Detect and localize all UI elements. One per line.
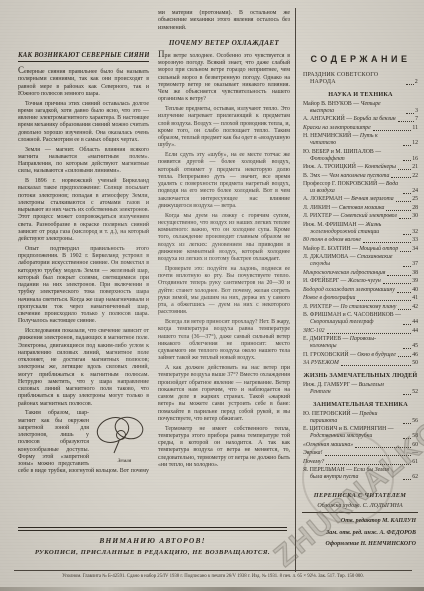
toc-entry-text: Я. ПЕРЕЛЬМАН — Если бы Земля была внутри…: [303, 467, 401, 481]
toc-section-heading: ЖИЗНЬ ЗАМЕЧАТЕЛЬНЫХ ЛЮДЕЙ: [303, 372, 418, 379]
toc-dot-leader: [355, 447, 411, 448]
earth-magnetic-field-icon: [94, 411, 148, 457]
toc-entry: Е. ДМИТРИЕВ — Паровозы-коломенцы45: [303, 336, 418, 350]
toc-entry-page: 42: [412, 304, 418, 311]
toc-entry-text: Майор Е. БОЛТИН — Мощный отпор: [303, 246, 398, 253]
toc-entry: ЗИС-10244: [303, 328, 418, 335]
toc-dot-leader: [383, 283, 411, 284]
toc-entry: Н. НЕМЧИНСКИЙ — Путь к читателю12: [303, 133, 418, 147]
toc-entry: Микроскопическая гидростанция38: [303, 270, 418, 277]
toc-entry-author: Ю. ВЕБЕР и М. ШИПАЛОВ: [303, 149, 374, 155]
toc-entry: П. ГРОХОВСКИЙ — Окно в будущее46: [303, 352, 418, 359]
left-article-column: КАК ВОЗНИКАЮТ СЕВЕРНЫЕ СИЯНИЯ Северные с…: [18, 52, 149, 476]
toc-entry-text: Л. ДЖАЛИМОВА — Стахановские секунды: [303, 254, 401, 268]
toc-entry-author: Н. НЕМЧИНСКИЙ: [303, 133, 351, 139]
scan-bottom-edge: [0, 587, 424, 591]
toc-entry-text: Л. РИХТЕР — Советский электровоз: [303, 213, 397, 220]
toc-dot-leader: [406, 84, 414, 85]
toc-entry-text: 80 тонн в одном вагоне: [303, 237, 361, 244]
toc-entry: В. ФРИШМАН и С. ЧАСОВНИКОВ — Скоропишущи…: [303, 312, 418, 326]
paragraph: Проверьте это: подуйте на ладонь, поднес…: [158, 266, 290, 317]
toc-entry-page: 21: [412, 164, 418, 171]
middle-article-column: ми материи (протонами). В остальном же о…: [158, 10, 290, 480]
toc-entry-title: Краски на электропалитре: [303, 125, 371, 131]
toc-entry-text: Е. ЦИТОВИЧ и В. СМИРНЯГИН — Родственники…: [303, 426, 401, 440]
toc-entry-author: Я. ПЕРЕЛЬМАН: [303, 467, 345, 473]
toc-entry: Л. РИХТЕР — Советский электровоз30: [303, 213, 418, 220]
toc-entry-title: Чем наполнена пустота: [329, 173, 389, 179]
toc-entry-author: В. Эмх: [303, 173, 320, 179]
toc-entry-text: Майор В. ВНУКОВ — Четыре выстрела: [303, 101, 404, 115]
toc-entry-page: 40: [412, 287, 418, 294]
toc-dot-leader: [363, 242, 411, 243]
toc-entry: Инж. Д. ГАМБУРГ — Вильгельм Рентген52: [303, 382, 418, 396]
toc-entry-text: Ю. ПЕТРОВСКИЙ — Предки парашюта: [303, 411, 401, 425]
toc-entry-author: Л. ДЖАЛИМОВА: [303, 254, 348, 260]
toc-entry-page: 7: [415, 116, 418, 123]
toc-entry: Краски на электропалитре11: [303, 125, 418, 132]
authors-notice: ВНИМАНИЮ АВТОРОВ! РУКОПИСИ, ПРИСЛАННЫЕ В…: [18, 527, 287, 556]
toc-entry-text: Водород охлаждает электромашину: [303, 287, 395, 294]
toc-dot-leader: [403, 348, 411, 349]
toc-entry: Эврика!—: [303, 450, 418, 457]
toc-entry-title: Мощный отпор: [359, 246, 398, 252]
toc-entry-page: 16: [412, 156, 418, 163]
toc-dot-leader: [327, 333, 412, 334]
toc-dot-leader: [387, 275, 411, 276]
toc-entry-author: А. АНГАРСКИЙ: [303, 116, 345, 122]
toc-entry: ЗА РУБЕЖОМ50: [303, 360, 418, 367]
toc-entry-text: Е. ДМИТРИЕВ — Паровозы-коломенцы: [303, 336, 401, 350]
toc-entry-title: «Огненная машина»: [303, 442, 353, 448]
toc-dot-leader: [406, 113, 414, 114]
toc-entry: А. АНГАРСКИЙ — Борьба за бензин7: [303, 116, 418, 123]
correspondence-heading: ПЕРЕПИСКА С ЧИТАТЕЛЕМ: [302, 492, 418, 499]
toc-entry-page: 22: [412, 173, 418, 180]
left-article-title: КАК ВОЗНИКАЮТ СЕВЕРНЫЕ СИЯНИЯ: [18, 52, 149, 62]
toc-entry-page: 60: [412, 442, 418, 449]
toc-entry-title: Фотоэффект: [310, 156, 345, 162]
toc-entry: Инж. М. ФРИШМАН — Жизнь железнодорожной …: [303, 222, 418, 236]
paragraph: Если сдуть эту «шубу», на ее месте тотча…: [158, 152, 290, 210]
toc-dot-leader: [341, 365, 411, 366]
toc-entry-text: ЗИС-102: [303, 328, 325, 335]
toc-entry-page: 2: [415, 79, 418, 86]
toc-dot-leader: [403, 145, 411, 146]
toc-entry-page: 25: [412, 196, 418, 203]
column-divider-rule: [295, 8, 296, 572]
toc-entry-title: Новое в фотографии: [303, 295, 355, 301]
toc-dot-leader: [398, 356, 411, 357]
toc-entry-text: «Огненная машина»: [303, 442, 353, 449]
toc-dot-leader: [373, 130, 412, 131]
toc-entry-text: Н. НЕМЧИНСКИЙ — Путь к читателю: [303, 133, 401, 147]
toc-entry-page: 56: [412, 418, 418, 425]
paragraph: Земля Таким образом, шар-магнит как бы о…: [18, 410, 149, 476]
toc-entry: Л. ДЖАЛИМОВА — Стахановские секунды37: [303, 254, 418, 268]
toc-entry: Е. ЦИТОВИЧ и В. СМИРНЯГИН — Родственники…: [303, 426, 418, 440]
carryover-paragraph: ми материи (протонами). В остальном же о…: [158, 10, 290, 32]
toc-dot-leader: [403, 479, 411, 480]
toc-entry-page: 44: [412, 328, 418, 335]
toc-dot-leader: [398, 309, 411, 310]
toc-entry-list: ПРАЗДНИК СОВЕТСКОГО НАРОДА2НАУКА И ТЕХНИ…: [303, 72, 418, 481]
toc-entry-title: Световая мозаика: [339, 205, 385, 211]
toc-entry-title: Скоропишущий телеграф: [310, 319, 373, 325]
toc-dot-leader: [357, 300, 411, 301]
toc-entry-text: П. ГРОХОВСКИЙ — Окно в будущее: [303, 352, 396, 359]
toc-entry-page: 58: [412, 433, 418, 440]
authors-notice-heading: ВНИМАНИЮ АВТОРОВ!: [18, 536, 287, 545]
middle-article-title: ПОЧЕМУ ВЕТЕР ОХЛАЖДАЕТ: [158, 39, 290, 47]
toc-entry-page: 11: [412, 125, 418, 132]
imprint-block: Уполном. Главлита № Б-42591. Сдано в наб…: [14, 570, 412, 579]
toc-dot-leader: [403, 234, 411, 235]
toc-entry-page: 50: [412, 360, 418, 367]
toc-entry-author: Л. РИХТЕР: [303, 213, 332, 219]
toc-entry-page: 62: [412, 474, 418, 481]
toc-entry: Профессор Г. ПОКРОВСКИЙ — Вода из воздух…: [303, 181, 418, 195]
toc-entry: А. ЛОКЕРМАН — Вечная мерзлота25: [303, 196, 418, 203]
toc-entry: Ю. ВЕБЕР и М. ШИПАЛОВ — Фотоэффект16: [303, 149, 418, 163]
paragraph: При ветре холоднее. Особенно это чувству…: [158, 51, 290, 104]
toc-dot-leader: [403, 423, 411, 424]
earth-magnet-figure: Земля: [93, 411, 149, 465]
toc-dot-leader: [403, 438, 411, 439]
paragraph: А как должен действовать на нас ветер пр…: [158, 365, 290, 423]
toc-entry-title: Микроскопическая гидростанция: [303, 270, 385, 276]
toc-bottom-block: ПЕРЕПИСКА С ЧИТАТЕЛЕМ Обложка худож. С. …: [302, 492, 418, 553]
toc-entry-page: 3: [415, 108, 418, 115]
toc-entry: ПРАЗДНИК СОВЕТСКОГО НАРОДА2: [303, 72, 418, 86]
toc-entry-text: Инж. А. ТРОИЦКИЙ — Контейнеры: [303, 164, 396, 171]
toc-entry-text: Л. РИХТЕР — По сталинскому плану: [303, 304, 396, 311]
toc-entry-title: Борьба за бензин: [353, 116, 395, 122]
toc-entry-page: —: [412, 450, 418, 457]
paragraph: Северные сияния правильнее было бы назыв…: [18, 67, 149, 98]
toc-dot-leader: [391, 177, 411, 178]
toc-dot-leader: [403, 193, 411, 194]
toc-dot-leader: [325, 455, 412, 456]
toc-entry-page: 44: [412, 319, 418, 326]
toc-entry: 80 тонн в одном вагоне33: [303, 237, 418, 244]
toc-entry-text: А. АНГАРСКИЙ — Борьба за бензин: [303, 116, 396, 123]
toc-entry-author: Инж. А. ТРОИЦКИЙ: [303, 164, 356, 170]
paragraph: Когда мы дуем на ложку с горячим супом, …: [158, 213, 290, 264]
paragraph: Земля — магнит. Область влияния всякого …: [18, 147, 149, 176]
toc-entry-page: 52: [412, 389, 418, 396]
toc-entry-page: 46: [412, 352, 418, 359]
toc-entry-author: Ю. ПЕТРОВСКИЙ: [303, 411, 351, 417]
toc-entry-author: В. ФРИШМАН и С. ЧАСОВНИКОВ: [303, 312, 394, 318]
toc-entry-author: И. ФРЕЙБЕРГ: [303, 278, 339, 284]
toc-entry-page: 45: [412, 343, 418, 350]
toc-entry-text: Микроскопическая гидростанция: [303, 270, 385, 277]
toc-entry: Водород охлаждает электромашину40: [303, 287, 418, 294]
toc-entry: Майор В. ВНУКОВ — Четыре выстрела3: [303, 101, 418, 115]
toc-entry-text: И. ФРЕЙБЕРГ — Железо-чугун: [303, 278, 381, 285]
paragraph: Точная причина этих сияний оставалась до…: [18, 101, 149, 145]
toc-entry-page: 37: [412, 261, 418, 268]
toc-entry-text: А. ЛОКЕРМАН — Вечная мерзлота: [303, 196, 394, 203]
toc-entry-author: Инж. Д. ГАМБУРГ: [303, 382, 350, 388]
toc-entry-title: Родственники мясорубки: [310, 433, 372, 439]
toc-entry-text: ПРАЗДНИК СОВЕТСКОГО НАРОДА: [303, 72, 404, 86]
toc-entry-page: 32: [412, 229, 418, 236]
paragraph: Всегда ли ветер приносит прохладу? Нет. …: [158, 319, 290, 363]
toc-entry-title: Эврика!: [303, 450, 323, 456]
toc-entry-author: Л. РИХТЕР: [303, 304, 332, 310]
toc-entry: Ю. ПЕТРОВСКИЙ — Предки парашюта56: [303, 411, 418, 425]
toc-entry-text: ЗА РУБЕЖОМ: [303, 360, 339, 367]
toc-entry-title: ПРАЗДНИК СОВЕТСКОГО НАРОДА: [303, 72, 378, 85]
toc-entry-text: Краски на электропалитре: [303, 125, 371, 132]
deputy-editor-credit: Зам. отв. ред. инж. А. ФЕДОРОВ: [302, 530, 418, 536]
toc-entry-text: Ю. ВЕБЕР и М. ШИПАЛОВ — Фотоэффект: [303, 149, 401, 163]
toc-entry-title: Водород охлаждает электромашину: [303, 287, 395, 293]
paragraph: Опыт подтвердил правильность этого предп…: [18, 246, 149, 326]
toc-entry-text: В. Эмх — Чем наполнена пустота: [303, 173, 389, 180]
toc-entry-author: Л. ЛИКИН: [303, 205, 330, 211]
toc-entry-page: 24: [412, 188, 418, 195]
toc-dot-leader: [397, 292, 411, 293]
toc-entry-text: Инж. М. ФРИШМАН — Жизнь железнодорожной …: [303, 222, 401, 236]
toc-entry-author: П. ГРОХОВСКИЙ: [303, 352, 349, 358]
toc-entry-title: 80 тонн в одном вагоне: [303, 237, 361, 243]
toc-entry-text: Эврика!: [303, 450, 323, 457]
toc-dot-leader: [396, 201, 412, 202]
toc-entry-text: В. ФРИШМАН и С. ЧАСОВНИКОВ — Скоропишущи…: [303, 312, 401, 326]
toc-dot-leader: [386, 210, 411, 211]
paragraph: Термометр не имеет собственного тепла, т…: [158, 426, 290, 470]
paragraph: В 1896 г. норвежский ученый Биркеланд вы…: [18, 178, 149, 243]
toc-title: СОДЕРЖАНИЕ: [303, 54, 418, 64]
toc-entry-author: Е. ДМИТРИЕВ: [303, 336, 341, 342]
figure-caption: Земля: [93, 458, 149, 465]
paragraph: Исследования показали, что свечение зави…: [18, 328, 149, 408]
toc-entry: В. Эмх — Чем наполнена пустота22: [303, 173, 418, 180]
toc-dot-leader: [398, 121, 414, 122]
toc-section-heading: ЗАНИМАТЕЛЬНАЯ ТЕХНИКА: [303, 401, 418, 408]
toc-entry-page: 38: [412, 270, 418, 277]
paragraph: Теплые предметы, остывая, излучают тепло…: [158, 106, 290, 150]
toc-entry: «Огненная машина»60: [303, 442, 418, 449]
toc-entry-author: Майор В. ВНУКОВ: [303, 101, 352, 107]
toc-entry: И. ФРЕЙБЕРГ — Железо-чугун39: [303, 278, 418, 285]
toc-entry-title: ЗИС-102: [303, 328, 325, 334]
toc-entry-author: Профессор Г. ПОКРОВСКИЙ: [303, 181, 377, 187]
left-article-body: Северные сияния правильнее было бы назыв…: [18, 67, 149, 476]
toc-dot-leader: [403, 266, 411, 267]
imprint-line: Уполном. Главлита № Б-42591. Сдано в наб…: [14, 574, 412, 579]
toc-dot-leader: [400, 251, 411, 252]
toc-entry: Майор Е. БОЛТИН — Мощный отпор34: [303, 246, 418, 253]
toc-dot-leader: [403, 160, 411, 161]
toc-entry-author: Е. ЦИТОВИЧ и В. СМИРНЯГИН: [303, 426, 386, 432]
cover-credit: Обложка худож. С. ЛОДЫГИНА: [302, 503, 418, 513]
toc-entry-title: По сталинскому плану: [340, 304, 396, 310]
toc-entry-text: Л. ЛИКИН — Световая мозаика: [303, 205, 384, 212]
toc-entry-title: Советский электровоз: [340, 213, 396, 219]
authors-notice-text: РУКОПИСИ, ПРИСЛАННЫЕ В РЕДАКЦИЮ, НЕ ВОЗВ…: [18, 549, 287, 556]
toc-entry-title: Почему?: [303, 459, 324, 465]
toc-dot-leader: [399, 218, 411, 219]
toc-entry-text: Инж. Д. ГАМБУРГ — Вильгельм Рентген: [303, 382, 401, 396]
toc-entry-page: 41: [412, 295, 418, 302]
toc-entry-author: Майор Е. БОЛТИН: [303, 246, 351, 252]
toc-entry: Новое в фотографии41: [303, 295, 418, 302]
toc-dot-leader: [403, 394, 411, 395]
toc-entry-page: 39: [412, 278, 418, 285]
chief-editor-credit: Отв. редактор М. КАПЛУН: [302, 518, 418, 524]
toc-entry-text: Почему?: [303, 459, 324, 466]
toc-entry-text: Новое в фотографии: [303, 295, 355, 302]
toc-dot-leader: [398, 169, 411, 170]
toc-entry-page: 33: [412, 237, 418, 244]
toc-entry: Л. ЛИКИН — Световая мозаика28: [303, 205, 418, 212]
toc-entry-page: 61: [412, 459, 418, 466]
toc-entry-page: 30: [412, 213, 418, 220]
toc-entry-author: Инж. М. ФРИШМАН: [303, 222, 357, 228]
toc-entry-page: 34: [412, 246, 418, 253]
toc-entry-title: Контейнеры: [365, 164, 396, 170]
toc-entry: Я. ПЕРЕЛЬМАН — Если бы Земля была внутри…: [303, 467, 418, 481]
toc-entry-title: Окно в будущее: [357, 352, 396, 358]
toc-entry-title: ЗА РУБЕЖОМ: [303, 360, 339, 366]
toc-entry-title: Железо-чугун: [348, 278, 381, 284]
toc-entry-text: Профессор Г. ПОКРОВСКИЙ — Вода из воздух…: [303, 181, 401, 195]
toc-dot-leader: [403, 324, 411, 325]
toc-entry: Л. РИХТЕР — По сталинскому плану42: [303, 304, 418, 311]
table-of-contents: СОДЕРЖАНИЕ ПРАЗДНИК СОВЕТСКОГО НАРОДА2НА…: [303, 54, 418, 490]
toc-dot-leader: [326, 464, 411, 465]
magazine-page: { "colors": { "paper": "#d7d3ca", "ink":…: [0, 0, 424, 591]
middle-article-body: При ветре холоднее. Особенно это чувству…: [158, 51, 290, 469]
toc-entry-page: 12: [412, 140, 418, 147]
toc-section-heading: НАУКА И ТЕХНИКА: [303, 91, 418, 98]
toc-entry: Инж. А. ТРОИЦКИЙ — Контейнеры21: [303, 164, 418, 171]
design-credit: Оформление Н. НЕМЧИНСКОГО: [302, 541, 418, 547]
toc-entry-title: Вечная мерзлота: [351, 196, 394, 202]
toc-entry: Почему?61: [303, 459, 418, 466]
toc-entry-author: А. ЛОКЕРМАН: [303, 196, 342, 202]
toc-entry-page: 28: [412, 205, 418, 212]
